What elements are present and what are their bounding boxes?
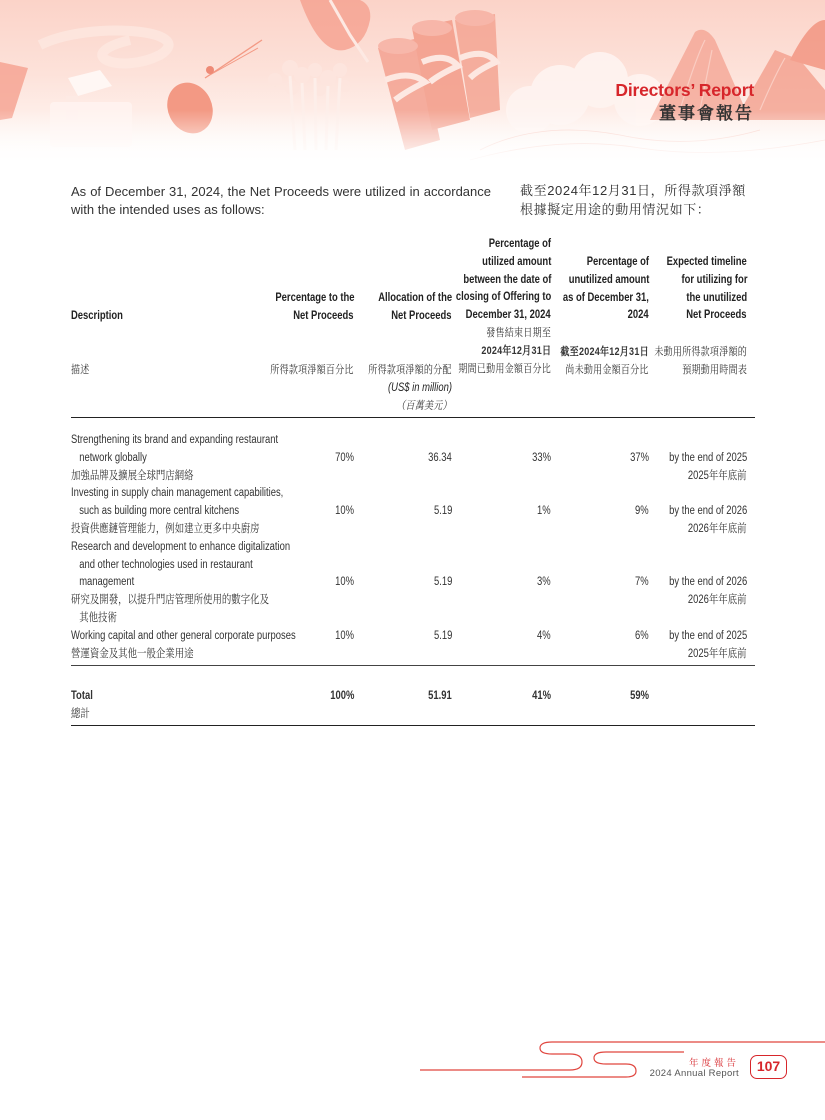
cell-pct-unutilized: 9% (632, 503, 649, 521)
row-description: Investing in supply chain management cap… (71, 485, 330, 538)
cell-pct-unutilized: 37% (626, 450, 649, 468)
page-number: 107 (750, 1055, 787, 1079)
cell-value: 5.19 (434, 503, 452, 521)
cell-pct-net: 10% (331, 574, 354, 592)
cell-value: 5.19 (434, 628, 452, 646)
total-label-en: Total (71, 688, 93, 706)
header-banner: Directors’ Report 董事會報告 (0, 0, 825, 165)
header-pct-utilized-line5: December 31, 2024 (466, 307, 551, 325)
title-zh: 董事會報告 (615, 102, 754, 126)
header-allocation-unit-en: (US$ in million) (388, 380, 452, 398)
cell-allocation: 5.19 (430, 574, 452, 592)
cell-value: 4% (537, 628, 551, 646)
description-line: such as building more central kitchens (71, 503, 239, 521)
total-pct-utilized: 41% (528, 688, 551, 706)
description-line: 加強品牌及擴展全球門店網絡 (71, 468, 194, 486)
timeline-zh: 2025年年底前 (688, 646, 747, 664)
description-line: 投資供應鏈管理能力，例如建立更多中央廚房 (71, 521, 260, 539)
cell-timeline: by the end of 20262026年年底前 (652, 574, 747, 610)
timeline-en: by the end of 2026 (669, 503, 747, 521)
cell-value: 10% (335, 574, 354, 592)
row-description: Working capital and other general corpor… (71, 628, 345, 664)
header-allocation-unit-zh: （百萬美元） (396, 398, 452, 416)
header-timeline: Expected timeline for utilizing for the … (649, 254, 747, 325)
cell-value: 70% (335, 450, 354, 468)
cell-pct-utilized: 3% (534, 574, 551, 592)
header-description: Description (71, 308, 134, 326)
total-label: Total 總計 (71, 688, 98, 724)
cell-value: 1% (537, 503, 551, 521)
footer-report-zh: 年度報告 (689, 1055, 739, 1069)
cell-pct-net: 10% (331, 628, 354, 646)
cell-pct-net: 70% (331, 450, 354, 468)
total-pct-unutilized: 59% (626, 688, 649, 706)
table-bottom-rule (71, 725, 755, 726)
total-label-zh: 總計 (71, 706, 90, 724)
cell-value: 33% (532, 450, 551, 468)
row-description: Research and development to enhance digi… (71, 539, 338, 628)
net-proceeds-table: Description 描述 Percentage to the Net Pro… (71, 236, 755, 418)
header-pct-unutilized: Percentage of unutilized amount as of De… (544, 254, 649, 325)
description-line: 營運資金及其他一般企業用途 (71, 646, 194, 664)
header-description-en: Description (71, 308, 123, 326)
header-timeline-zh-wrap: 未動用所得款項淨額的 預期動用時間表 (634, 344, 747, 380)
intro-paragraph-zh: 截至2024年12月31日，所得款項淨額根據擬定用途的動用情況如下： (520, 182, 756, 219)
cell-allocation: 5.19 (430, 503, 452, 521)
header-pct-unutilized-line3: as of December 31, (563, 290, 649, 308)
timeline-en: by the end of 2026 (669, 574, 747, 592)
description-line: and other technologies used in restauran… (71, 557, 253, 575)
header-timeline-zh1: 未動用所得款項淨額的 (654, 344, 747, 362)
cell-value: 9% (635, 503, 649, 521)
timeline-zh: 2026年年底前 (688, 592, 747, 610)
cell-pct-unutilized: 7% (632, 574, 649, 592)
cell-pct-utilized: 1% (534, 503, 551, 521)
header-pct-utilized-line1: Percentage of (489, 236, 551, 254)
description-line: management (71, 574, 134, 592)
total-pct-unutilized-value: 59% (630, 688, 649, 706)
header-timeline-line1: Expected timeline (667, 254, 747, 272)
header-description-zh: 描述 (71, 362, 90, 380)
footer-report-en: 2024 Annual Report (650, 1068, 739, 1079)
header-timeline-line2: for utilizing for (681, 272, 747, 290)
description-line: Research and development to enhance digi… (71, 539, 290, 557)
cell-timeline: by the end of 20252025年年底前 (652, 628, 747, 664)
cell-allocation: 36.34 (423, 450, 452, 468)
header-pct-net-line1: Percentage to the (275, 290, 354, 308)
report-section-title: Directors’ Report 董事會報告 (615, 80, 754, 126)
cell-value: 3% (537, 574, 551, 592)
title-en: Directors’ Report (615, 80, 754, 100)
cell-pct-utilized: 33% (528, 450, 551, 468)
total-allocation-value: 51.91 (428, 688, 452, 706)
cell-pct-net: 10% (331, 503, 354, 521)
total-allocation: 51.91 (423, 688, 452, 706)
header-pct-utilized-line2: utilized amount (482, 254, 551, 272)
header-pct-net-zh: 所得款項淨額百分比 (271, 362, 354, 380)
header-pct-utilized: Percentage of utilized amount between th… (435, 236, 551, 378)
cell-timeline: by the end of 20252025年年底前 (652, 450, 747, 486)
header-pct-utilized-zh3: 期間已動用金額百分比 (458, 361, 551, 379)
cell-value: 7% (635, 574, 649, 592)
body-bottom-rule (71, 665, 755, 666)
header-description-zh-wrap: 描述 (71, 362, 94, 380)
header-pct-utilized-zh1: 發售結束日期至 (486, 325, 551, 343)
cell-value: 10% (335, 503, 354, 521)
header-pct-unutilized-line2: unutilized amount (568, 272, 649, 290)
header-pct-utilized-line4: closing of Offering to (456, 289, 551, 307)
page-footer: 年度報告 2024 Annual Report 107 (0, 1035, 825, 1095)
cell-allocation: 5.19 (430, 628, 452, 646)
header-pct-unutilized-line1: Percentage of (587, 254, 649, 272)
timeline-en: by the end of 2025 (669, 628, 747, 646)
description-line: Investing in supply chain management cap… (71, 485, 283, 503)
header-pct-net: Percentage to the Net Proceeds (258, 290, 355, 326)
cell-value: 5.19 (434, 574, 452, 592)
description-line: Strengthening its brand and expanding re… (71, 432, 278, 450)
cell-pct-unutilized: 6% (632, 628, 649, 646)
row-description: Strengthening its brand and expanding re… (71, 432, 324, 485)
cell-timeline: by the end of 20262026年年底前 (652, 503, 747, 539)
description-line: Working capital and other general corpor… (71, 628, 296, 646)
cell-value: 36.34 (428, 450, 452, 468)
timeline-en: by the end of 2025 (669, 450, 747, 468)
header-timeline-line3: the unutilized (686, 290, 747, 308)
total-pct-net: 100% (325, 688, 354, 706)
total-pct-utilized-value: 41% (532, 688, 551, 706)
header-pct-unutilized-zh-wrap: 截至2024年12月31日 尚未動用金額百分比 (541, 344, 649, 380)
header-pct-net-zh-wrap: 所得款項淨額百分比 (252, 362, 354, 380)
description-line: 研究及開發，以提升門店管理所使用的數字化及 (71, 592, 269, 610)
cell-pct-utilized: 4% (534, 628, 551, 646)
timeline-zh: 2026年年底前 (688, 521, 747, 539)
cell-value: 37% (630, 450, 649, 468)
header-timeline-zh2: 預期動用時間表 (682, 362, 747, 380)
cell-value: 6% (635, 628, 649, 646)
header-pct-utilized-line3: between the date of (463, 272, 551, 290)
header-pct-unutilized-line4: 2024 (628, 307, 649, 325)
timeline-zh: 2025年年底前 (688, 468, 747, 486)
table-header: Description 描述 Percentage to the Net Pro… (71, 236, 755, 418)
description-line: network globally (71, 450, 147, 468)
cell-value: 10% (335, 628, 354, 646)
intro-paragraph-en: As of December 31, 2024, the Net Proceed… (71, 183, 491, 218)
description-line: 其他技術 (71, 610, 117, 628)
total-pct-net-value: 100% (330, 688, 354, 706)
header-pct-net-line2: Net Proceeds (294, 308, 354, 326)
header-timeline-line4: Net Proceeds (687, 307, 747, 325)
